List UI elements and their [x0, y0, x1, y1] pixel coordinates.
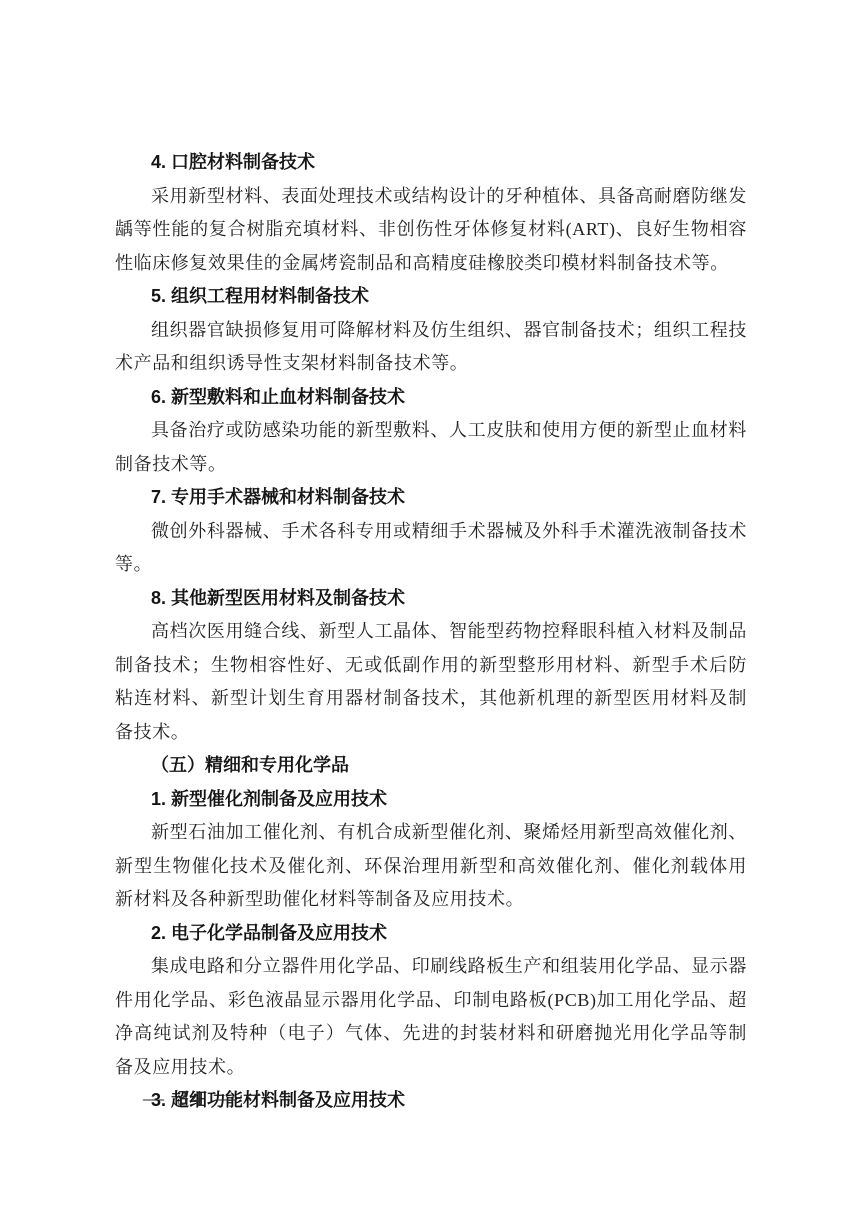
- document-page: 4. 口腔材料制备技术 采用新型材料、表面处理技术或结构设计的牙种植体、具备高耐…: [0, 0, 860, 1216]
- document-body: 4. 口腔材料制备技术 采用新型材料、表面处理技术或结构设计的牙种植体、具备高耐…: [115, 146, 747, 1118]
- section-heading-1-catalysts: 1. 新型催化剂制备及应用技术: [115, 783, 747, 817]
- section-heading-5-tissue-engineering: 5. 组织工程用材料制备技术: [115, 280, 747, 314]
- section-paragraph-2-electronic-chemicals: 集成电路和分立器件用化学品、印刷线路板生产和组装用化学品、显示器件用化学品、彩色…: [115, 950, 747, 1084]
- section-heading-4-oral-materials: 4. 口腔材料制备技术: [115, 146, 747, 180]
- section-heading-6-dressings-hemostatic: 6. 新型敷料和止血材料制备技术: [115, 381, 747, 415]
- section-paragraph-6-dressings-hemostatic: 具备治疗或防感染功能的新型敷料、人工皮肤和使用方便的新型止血材料制备技术等。: [115, 414, 747, 481]
- section-paragraph-7-surgical-instruments: 微创外科器械、手术各科专用或精细手术器械及外科手术灌洗液制备技术等。: [115, 515, 747, 582]
- section-paragraph-1-catalysts: 新型石油加工催化剂、有机合成新型催化剂、聚烯烃用新型高效催化剂、新型生物催化技术…: [115, 816, 747, 917]
- page-number: — 34 —: [143, 1086, 241, 1111]
- section-paragraph-8-other-medical-materials: 高档次医用缝合线、新型人工晶体、智能型药物控释眼科植入材料及制品制备技术；生物相…: [115, 615, 747, 749]
- section-paragraph-4-oral-materials: 采用新型材料、表面处理技术或结构设计的牙种植体、具备高耐磨防继发龋等性能的复合树…: [115, 180, 747, 281]
- section-heading-2-electronic-chemicals: 2. 电子化学品制备及应用技术: [115, 917, 747, 951]
- chapter-heading-5-fine-specialty-chemicals: （五）精细和专用化学品: [115, 749, 747, 783]
- section-heading-7-surgical-instruments: 7. 专用手术器械和材料制备技术: [115, 481, 747, 515]
- section-heading-8-other-medical-materials: 8. 其他新型医用材料及制备技术: [115, 582, 747, 616]
- section-paragraph-5-tissue-engineering: 组织器官缺损修复用可降解材料及仿生组织、器官制备技术；组织工程技术产品和组织诱导…: [115, 314, 747, 381]
